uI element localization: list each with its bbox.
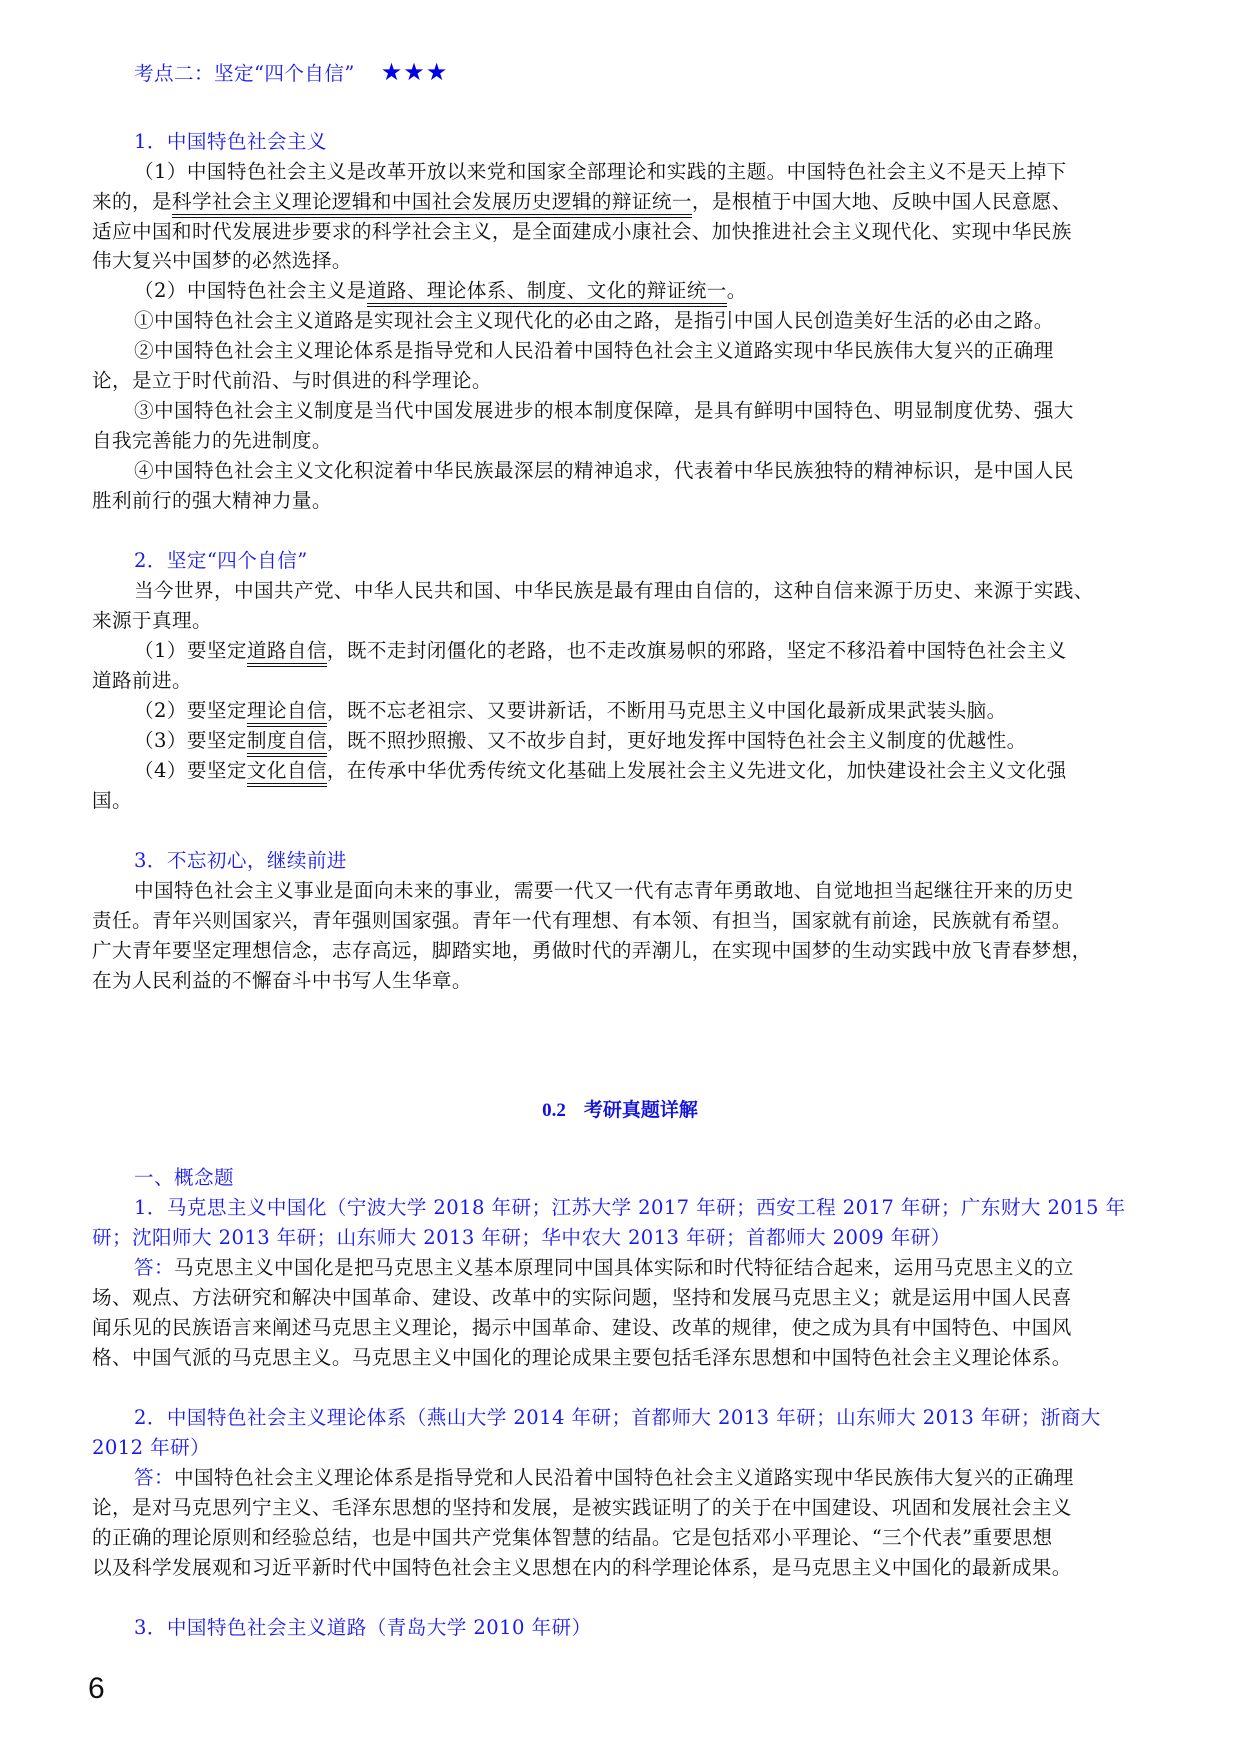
text: （4）要坚定 (134, 759, 247, 782)
answer-line: 的正确的理论原则和经验总结，也是中国共产党集体智慧的结晶。它是包括邓小平理论、“… (92, 1523, 1053, 1553)
text: 是 (152, 190, 172, 213)
answer-line: 论，是对马克思列宁主义、毛泽东思想的坚持和发展，是被实践证明了的关于在中国建设、… (92, 1493, 1072, 1523)
section-title-text: 考点二：坚定“四个自信” (134, 62, 355, 85)
question-title: 1．马克思主义中国化（宁波大学 2018 年研；江苏大学 2017 年研；西安工… (134, 1193, 1126, 1223)
text: 中国特色社会主义理论体系是指导党和人民沿着中国特色社会主义道路实现中华民族伟大复… (174, 1466, 1074, 1489)
confidence-item-cont: 国。 (92, 786, 132, 816)
part3-heading: 3．不忘初心，继续前进 (134, 846, 347, 876)
paragraph-line: 适应中国和时代发展进步要求的科学社会主义，是全面建成小康社会、加快推进社会主义现… (92, 217, 1072, 247)
chapter-number: 0.2 (542, 1100, 566, 1121)
text: 来的， (92, 190, 152, 213)
underlined-key-phrase: 制度自信 (247, 729, 327, 757)
answer-line: 以及科学发展观和习近平新时代中国特色社会主义思想在内的科学理论体系，是马克思主义… (92, 1553, 1072, 1583)
text: （2）中国特色社会主义是 (134, 279, 367, 302)
paragraph-line: 在为人民利益的不懈奋斗中书写人生华章。 (92, 966, 472, 996)
paragraph-line: 当今世界，中国共产党、中华人民共和国、中华民族是最有理由自信的，这种自信来源于历… (134, 576, 1094, 606)
paragraph-line: 伟大复兴中国梦的必然选择。 (92, 246, 352, 276)
text: 。 (727, 279, 747, 302)
confidence-item: （1）要坚定道路自信，既不走封闭僵化的老路，也不走改旗易帜的邪路，坚定不移沿着中… (134, 636, 1067, 666)
confidence-item-cont: 道路前进。 (92, 666, 192, 696)
confidence-item: （3）要坚定制度自信，既不照抄照搬、又不故步自封，更好地发挥中国特色社会主义制度… (134, 726, 1027, 756)
text: ，是根植于中国大地、反映中国人民意愿、 (692, 190, 1072, 213)
confidence-item: （2）要坚定理论自信，既不忘老祖宗、又要讲新话，不断用马克思主义中国化最新成果武… (134, 696, 1007, 726)
underlined-key-phrase: 道路、理论体系、制度、文化的辩证统一 (367, 279, 727, 307)
star-rating-icon: ★★★ (381, 58, 449, 86)
text: ，在传承中华优秀传统文化基础上发展社会主义先进文化，加快建设社会主义文化强 (327, 759, 1067, 782)
answer-label: 答： (134, 1466, 174, 1489)
underlined-key-phrase: 理论自信 (247, 699, 327, 727)
paragraph-line: （2）中国特色社会主义是道路、理论体系、制度、文化的辩证统一。 (134, 276, 747, 306)
paragraph-line: 来源于真理。 (92, 606, 212, 636)
text: ，既不走封闭僵化的老路，也不走改旗易帜的邪路，坚定不移沿着中国特色社会主义 (327, 639, 1067, 662)
answer-label: 答： (134, 1256, 174, 1279)
list-item-cont: 自我完善能力的先进制度。 (92, 426, 332, 456)
question-title: 2．中国特色社会主义理论体系（燕山大学 2014 年研；首都师大 2013 年研… (134, 1403, 1101, 1433)
text: ，既不照抄照搬、又不故步自封，更好地发挥中国特色社会主义制度的优越性。 (327, 729, 1027, 752)
answer-line: 答：中国特色社会主义理论体系是指导党和人民沿着中国特色社会主义道路实现中华民族伟… (134, 1463, 1074, 1493)
underlined-key-phrase: 文化自信 (247, 759, 327, 787)
section-title: 考点二：坚定“四个自信”★★★ (134, 57, 448, 89)
text: （2）要坚定 (134, 699, 247, 722)
question-title-cont: 研；沈阳师大 2013 年研；山东师大 2013 年研；华中农大 2013 年研… (92, 1223, 951, 1253)
list-item-cont: 论，是立于时代前沿、与时俱进的科学理论。 (92, 366, 492, 396)
chapter-heading: 0.2考研真题详解 (0, 1095, 1240, 1122)
paragraph-line: 来的，是科学社会主义理论逻辑和中国社会发展历史逻辑的辩证统一，是根植于中国大地、… (92, 187, 1072, 217)
question-category: 一、概念题 (134, 1163, 234, 1193)
list-item: ②中国特色社会主义理论体系是指导党和人民沿着中国特色社会主义道路实现中华民族伟大… (134, 336, 1054, 366)
list-item: ④中国特色社会主义文化积淀着中华民族最深层的精神追求，代表着中华民族独特的精神标… (134, 456, 1074, 486)
question-title-cont: 2012 年研） (92, 1433, 210, 1463)
underlined-key-phrase: 科学社会主义理论逻辑和中国社会发展历史逻辑的辩证统一 (172, 190, 692, 218)
page-number: 6 (88, 1672, 105, 1706)
answer-line: 答：马克思主义中国化是把马克思主义基本原理同中国具体实际和时代特征结合起来，运用… (134, 1253, 1074, 1283)
underlined-key-phrase: 道路自信 (247, 639, 327, 667)
confidence-item: （4）要坚定文化自信，在传承中华优秀传统文化基础上发展社会主义先进文化，加快建设… (134, 756, 1067, 786)
text: （1）要坚定 (134, 639, 247, 662)
paragraph-line: 责任。青年兴则国家兴，青年强则国家强。青年一代有理想、有本领、有担当，国家就有前… (92, 906, 1072, 936)
text: ，既不忘老祖宗、又要讲新话，不断用马克思主义中国化最新成果武装头脑。 (327, 699, 1007, 722)
list-item-cont: 胜利前行的强大精神力量。 (92, 486, 332, 516)
list-item: ①中国特色社会主义道路是实现社会主义现代化的必由之路，是指引中国人民创造美好生活… (134, 306, 1054, 336)
text: （3）要坚定 (134, 729, 247, 752)
answer-line: 闻乐见的民族语言来阐述马克思主义理论，揭示中国革命、建设、改革的规律，使之成为具… (92, 1313, 1072, 1343)
part1-heading: 1．中国特色社会主义 (134, 127, 327, 157)
answer-line: 场、观点、方法研究和解决中国革命、建设、改革中的实际问题，坚持和发展马克思主义；… (92, 1283, 1072, 1313)
chapter-title: 考研真题详解 (584, 1099, 698, 1121)
list-item: ③中国特色社会主义制度是当代中国发展进步的根本制度保障，是具有鲜明中国特色、明显… (134, 396, 1074, 426)
answer-line: 格、中国气派的马克思主义。马克思主义中国化的理论成果主要包括毛泽东思想和中国特色… (92, 1343, 1072, 1373)
question-title: 3．中国特色社会主义道路（青岛大学 2010 年研） (134, 1613, 591, 1643)
part2-heading: 2．坚定“四个自信” (134, 546, 308, 576)
text: 马克思主义中国化是把马克思主义基本原理同中国具体实际和时代特征结合起来，运用马克… (174, 1256, 1074, 1279)
paragraph-line: 广大青年要坚定理想信念，志存高远，脚踏实地，勇做时代的弄潮儿，在实现中国梦的生动… (92, 936, 1092, 966)
paragraph-line: （1）中国特色社会主义是改革开放以来党和国家全部理论和实践的主题。中国特色社会主… (134, 157, 1067, 187)
paragraph-line: 中国特色社会主义事业是面向未来的事业，需要一代又一代有志青年勇敢地、自觉地担当起… (134, 876, 1074, 906)
